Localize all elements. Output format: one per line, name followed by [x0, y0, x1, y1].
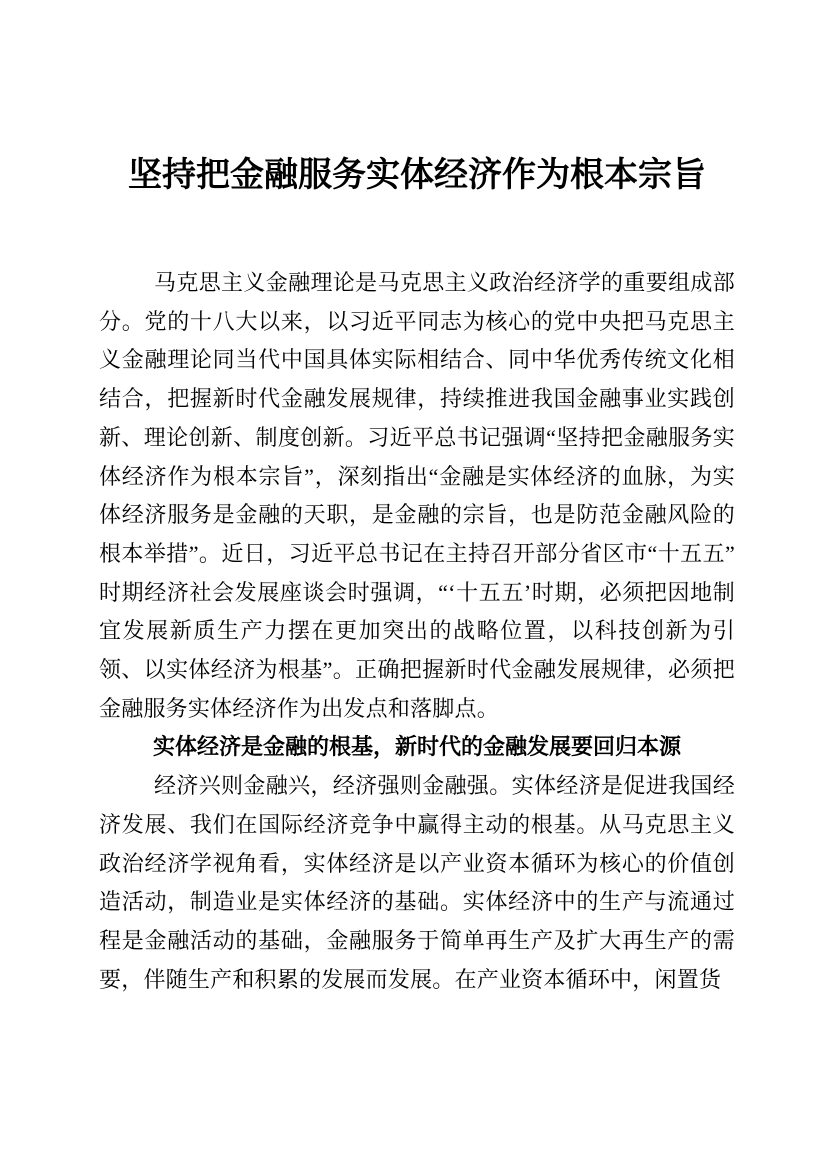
section-heading: 实体经济是金融的根基，新时代的金融发展要回归本源 [99, 728, 735, 767]
body-paragraph-2: 经济兴则金融兴，经济强则金融强。实体经济是促进我国经济发展、我们在国际经济竞争中… [99, 767, 735, 999]
body-paragraph-1: 马克思主义金融理论是马克思主义政治经济学的重要组成部分。党的十八大以来，以习近平… [99, 264, 735, 728]
document-title: 坚持把金融服务实体经济作为根本宗旨 [99, 150, 735, 202]
document-page: 坚持把金融服务实体经济作为根本宗旨 马克思主义金融理论是马克思主义政治经济学的重… [0, 0, 826, 1169]
